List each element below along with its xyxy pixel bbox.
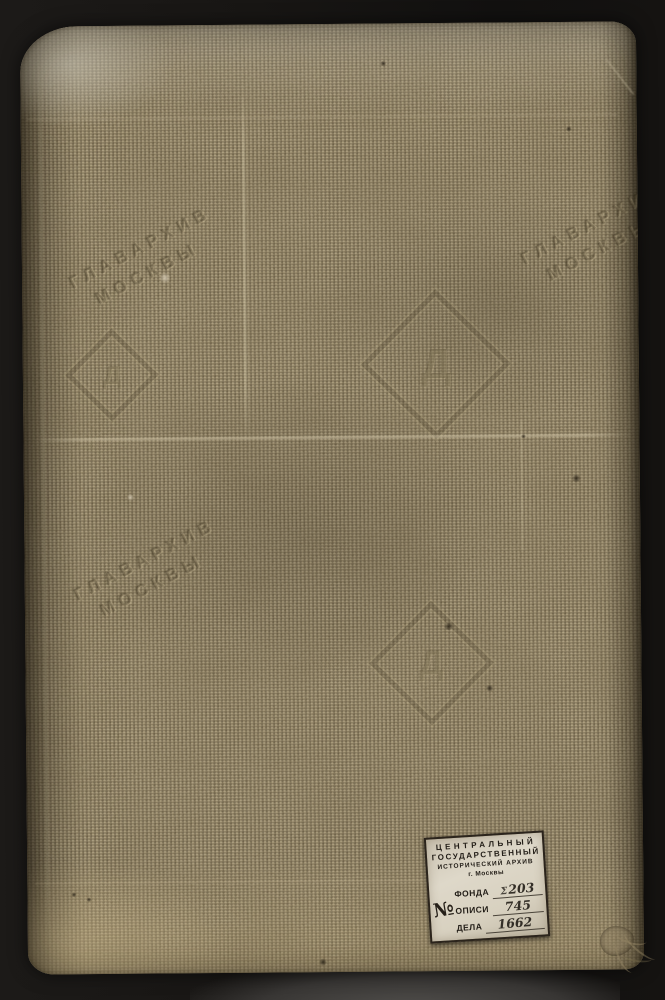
fond-label: ФОНДА (454, 886, 492, 900)
archive-label: ЦЕНТРАЛЬНЫЙ ГОСУДАРСТВЕННЫЙ ИСТОРИЧЕСКИЙ… (424, 830, 550, 943)
opis-label: ОПИСИ (455, 904, 492, 918)
delo-label: ДЕЛА (456, 921, 486, 935)
book-cover: ГЛАВАРХИВ МОСКВЫ ГЛАВАРХИВ МОСКВЫ ГЛАВАР… (20, 21, 644, 974)
frayed-corner (594, 918, 664, 988)
archive-label-header: ЦЕНТРАЛЬНЫЙ ГОСУДАРСТВЕННЫЙ ИСТОРИЧЕСКИЙ… (429, 837, 541, 882)
delo-value: 1662 (485, 915, 545, 933)
stray-mark: Σ (500, 886, 508, 898)
number-sign: № (432, 899, 457, 921)
edge-vignette (20, 21, 644, 974)
archive-label-fields: № ФОНДА Σ203 ОПИСИ 745 ДЕЛА 1662 (432, 878, 545, 936)
photo-scene: ГЛАВАРХИВ МОСКВЫ ГЛАВАРХИВ МОСКВЫ ГЛАВАР… (0, 0, 665, 1000)
